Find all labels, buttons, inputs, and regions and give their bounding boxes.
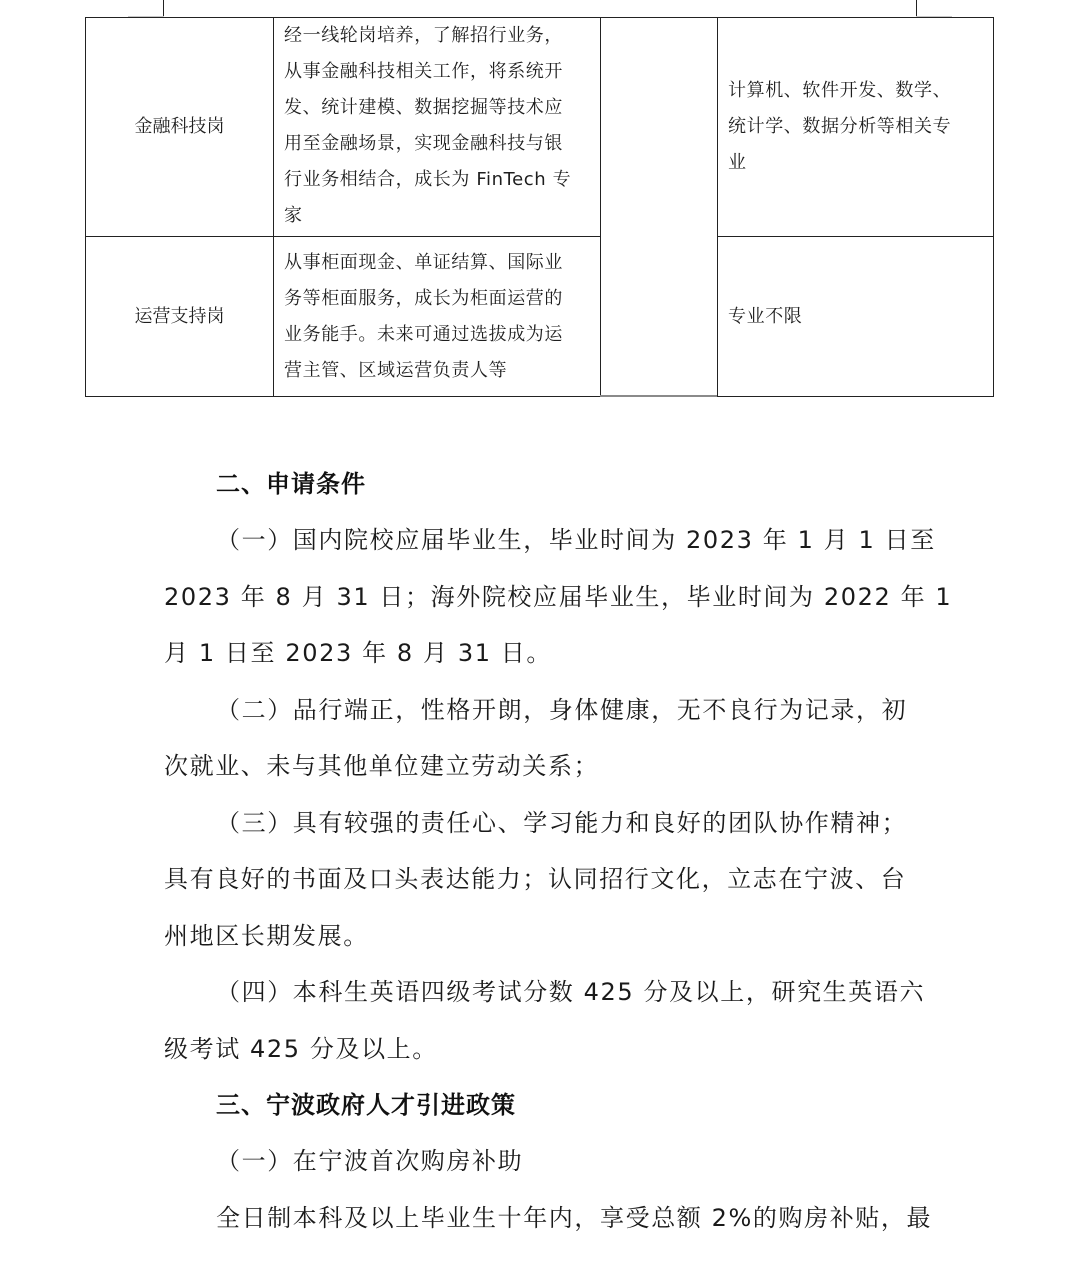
position-description: 从事柜面现金、单证结算、国际业 务等柜面服务，成长为柜面运营的 业务能手。未来可… (284, 245, 563, 389)
position-name: 金融科技岗 (135, 109, 225, 145)
table-cell-merged (600, 17, 718, 397)
table-cell-description: 从事柜面现金、单证结算、国际业 务等柜面服务，成长为柜面运营的 业务能手。未来可… (273, 236, 601, 397)
merged-cell-bottom-border (600, 395, 717, 397)
table-cell-major: 计算机、软件开发、数学、 统计学、数据分析等相关专 业 (717, 17, 994, 237)
table-cell-position: 运营支持岗 (85, 236, 274, 397)
table-cell-position: 金融科技岗 (85, 17, 274, 237)
section-heading: 二、申请条件 (52, 456, 924, 512)
positions-table: 金融科技岗 经一线轮岗培养，了解招行业务， 从事金融科技相关工作，将系统开 发、… (85, 17, 994, 397)
subsection-heading: （一）在宁波首次购房补助 (164, 1133, 924, 1190)
condition-item: （二）品行端正，性格开朗，身体健康，无不良行为记录，初 次就业、未与其他单位建立… (164, 682, 924, 795)
body-paragraph: 全日制本科及以上毕业生十年内，享受总额 2%的购房补贴，最 (164, 1190, 924, 1247)
condition-item: （四）本科生英语四级考试分数 425 分及以上，研究生英语六 级考试 425 分… (164, 964, 924, 1077)
major-requirement: 计算机、软件开发、数学、 统计学、数据分析等相关专 业 (728, 73, 951, 181)
section-heading: 三、宁波政府人才引进政策 (52, 1077, 924, 1133)
position-name: 运营支持岗 (135, 299, 225, 335)
document-body: 二、申请条件 （一）国内院校应届毕业生，毕业时间为 2023 年 1 月 1 日… (164, 456, 924, 1246)
condition-item: （三）具有较强的责任心、学习能力和良好的团队协作精神； 具有良好的书面及口头表达… (164, 795, 924, 965)
major-requirement: 专业不限 (728, 299, 802, 335)
position-description: 经一线轮岗培养，了解招行业务， 从事金融科技相关工作，将系统开 发、统计建模、数… (284, 18, 571, 234)
table-cell-major: 专业不限 (717, 236, 994, 397)
condition-item: （一）国内院校应届毕业生，毕业时间为 2023 年 1 月 1 日至 2023 … (164, 512, 924, 682)
previous-row-border-right (916, 0, 917, 17)
previous-row-border-left (163, 0, 164, 17)
table-cell-description: 经一线轮岗培养，了解招行业务， 从事金融科技相关工作，将系统开 发、统计建模、数… (273, 17, 601, 237)
